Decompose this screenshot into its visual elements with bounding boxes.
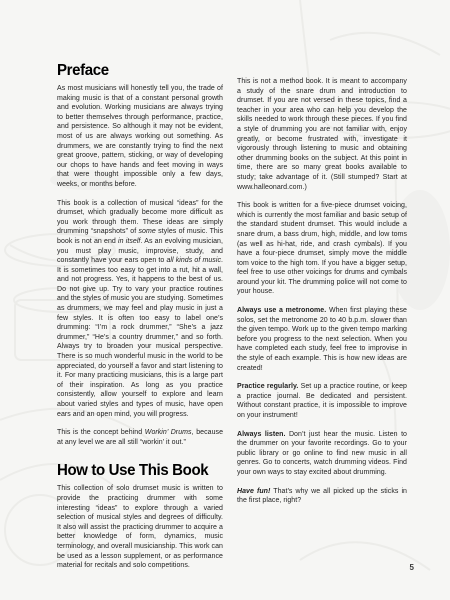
text-run: Have fun! — [237, 488, 270, 495]
page-number: 5 — [410, 563, 414, 572]
paragraph: Have fun! That’s why we all picked up th… — [237, 487, 407, 506]
paragraph: As most musicians will honestly tell you… — [57, 84, 223, 190]
right-column: This is not a method book. It is meant t… — [237, 77, 407, 506]
text-run: Workin’ Drums — [145, 429, 192, 436]
paragraph: Practice regularly. Set up a practice ro… — [237, 382, 407, 420]
paragraph: Always listen. Don’t just hear the music… — [237, 430, 407, 478]
text-run: some — [139, 228, 156, 235]
how-to-use-body: This collection of solo drumset music is… — [57, 484, 223, 570]
paragraph: This collection of solo drumset music is… — [57, 484, 223, 570]
text-run: in itself — [118, 238, 140, 245]
paragraph: Always use a metronome. When first playi… — [237, 306, 407, 373]
preface-heading: Preface — [57, 62, 213, 80]
text-run: This collection of solo drumset music is… — [57, 485, 223, 569]
text-run: This book is written for a five-piece dr… — [237, 202, 407, 295]
text-run: all kinds of music — [166, 257, 221, 264]
text-run: This is not a method book. It is meant t… — [237, 78, 407, 191]
paragraph: This is the concept behind Workin’ Drums… — [57, 428, 223, 447]
right-column-body: This is not a method book. It is meant t… — [237, 77, 407, 506]
left-column: Preface As most musicians will honestly … — [57, 62, 223, 571]
text-run: Practice regularly. — [237, 383, 298, 390]
text-run: . It is sometimes too easy to get into a… — [57, 257, 223, 418]
paragraph: This is not a method book. It is meant t… — [237, 77, 407, 192]
paragraph: This book is written for a five-piece dr… — [237, 201, 407, 297]
book-page-scan: { "page": { "number": "5", "paper_color"… — [0, 0, 450, 600]
text-run: This is the concept behind — [57, 429, 145, 436]
text-run: As most musicians will honestly tell you… — [57, 85, 223, 188]
paragraph: This book is a collection of musical “id… — [57, 199, 223, 420]
text-run: Always use a metronome. — [237, 307, 326, 314]
text-run: Always listen. — [237, 431, 285, 438]
preface-body: As most musicians will honestly tell you… — [57, 84, 223, 447]
how-to-use-heading: How to Use This Book — [57, 462, 213, 480]
text-run: When first playing these solos, set the … — [237, 307, 407, 372]
